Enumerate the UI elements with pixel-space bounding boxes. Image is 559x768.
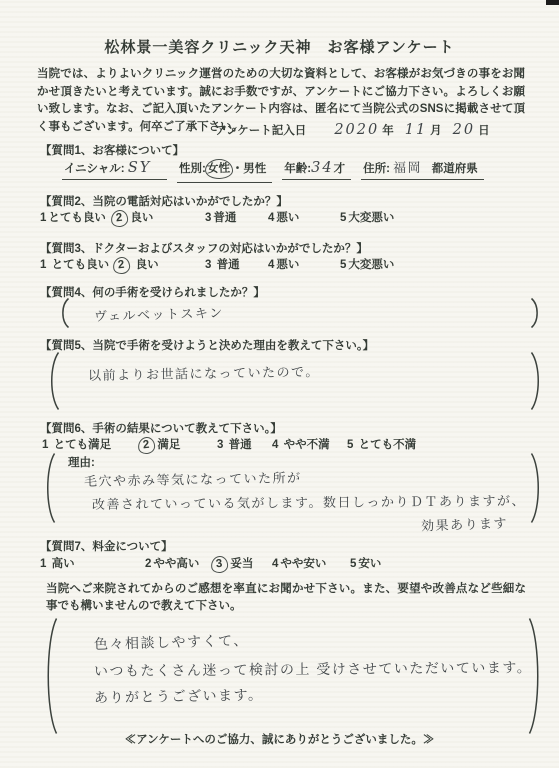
option-number: 3 (217, 439, 223, 451)
bracket-right (530, 351, 544, 411)
option-1: 1 とても良い (40, 256, 109, 272)
option-label: やや高い (153, 558, 199, 570)
gender-field: 性別:女性・男性 (177, 159, 272, 183)
option-2-selected: 2満足 (142, 436, 180, 452)
option-label: 普通 (213, 212, 236, 224)
gender-female-circled: 女性 (204, 159, 233, 180)
option-label: 普通 (217, 259, 240, 271)
option-label: とても不満 (359, 439, 417, 451)
survey-date-row: アンケート記入日2020年11月20日 (215, 122, 499, 138)
option-label: 満足 (157, 439, 180, 451)
option-label: 高い (52, 558, 75, 570)
comment-line2: いつもたくさん迷って検討の上 受けさせていただいています。 (94, 657, 532, 681)
selected-circle: 3 (210, 555, 229, 574)
option-number: 1 (42, 439, 48, 451)
option-number: 4 (272, 439, 278, 451)
age-suffix: 才 (334, 163, 346, 175)
option-number: 5 (350, 558, 356, 570)
option-5: 5大変悪い (340, 256, 394, 272)
question7-heading: 【質問7、料金について】 (40, 538, 173, 554)
option-number: 5 (340, 212, 346, 224)
survey-scan-page: 松林景一美容クリニック天神 お客様アンケート 当院では、よりよいクリニック運営の… (0, 0, 559, 768)
option-number: 5 (340, 259, 346, 271)
gender-separator: ・ (232, 163, 244, 175)
option-number: 1 (40, 558, 46, 570)
result-reason-line3: 効果あります (421, 512, 509, 534)
option-label: 悪い (276, 259, 299, 271)
option-number: 4 (268, 259, 274, 271)
option-4: 4 やや不満 (272, 436, 330, 452)
option-3-selected: 3妥当 (215, 555, 253, 571)
address-value: 福岡 (393, 157, 422, 176)
question6-heading: 【質問6、手術の結果について教えて下さい。】 (40, 420, 282, 436)
comment-line3: ありがとうございます。 (94, 685, 264, 708)
age-field: 年齢:34才 (282, 160, 351, 180)
gender-male: 男性 (243, 163, 266, 175)
address-field: 住所: 福岡 都道府県 (361, 157, 484, 180)
free-comment-prompt: 当院へご来院されてからのご感想を率直にお聞かせ下さい。また、要望や改善点など些細… (46, 581, 526, 615)
option-3: 3普通 (205, 209, 236, 225)
option-number: 1 (40, 212, 46, 224)
initial-value: SY (128, 160, 152, 176)
option-number: 4 (268, 212, 274, 224)
option-label: 安い (358, 558, 381, 570)
selected-circle: 2 (112, 256, 131, 275)
page-title: 松林景一美容クリニック天神 お客様アンケート (0, 36, 559, 57)
option-4: 4悪い (268, 256, 299, 272)
question1-heading: 【質問1、お客様について】 (40, 142, 184, 158)
bracket-right (530, 297, 542, 329)
initial-label: イニシャル: (64, 163, 125, 175)
month-suffix: 月 (430, 125, 442, 137)
address-suffix: 都道府県 (432, 163, 478, 175)
bracket-left (46, 351, 60, 411)
option-number: 5 (347, 439, 353, 451)
question3-heading: 【質問3、ドクターおよびスタッフの対応はいかがでしたか？】 (40, 240, 368, 256)
reason-answer-handwriting: 以前よりお世話になっていたので。 (88, 361, 320, 384)
option-label: 大変悪い (348, 212, 394, 224)
bracket-right (530, 452, 544, 524)
option-label: とても満足 (54, 439, 112, 451)
reason-label: 理由: (68, 454, 95, 470)
question4-answer-box: ヴェルベットスキン (58, 297, 542, 329)
gender-label: 性別: (179, 163, 206, 175)
selected-circle: 2 (110, 209, 129, 228)
option-label: 大変悪い (348, 259, 394, 271)
option-number: 4 (272, 558, 278, 570)
option-number: 1 (40, 259, 46, 271)
option-label: とても良い (52, 259, 110, 271)
option-label: やや不満 (284, 439, 330, 451)
bracket-left (58, 297, 70, 329)
option-label: 良い (136, 259, 159, 271)
option-2-selected: 2良い (115, 209, 153, 225)
question2-heading: 【質問2、当院の電話対応はいかがでしたか？】 (40, 193, 288, 209)
option-label: とても良い (48, 212, 106, 224)
date-day-value: 20 (453, 122, 475, 138)
date-month-value: 11 (405, 122, 427, 138)
question5-answer-box: 以前よりお世話になっていたので。 (46, 351, 544, 411)
comment-line1: 色々相談しやすくて、 (94, 630, 249, 654)
option-4: 4やや安い (272, 555, 326, 571)
option-1: 1とても良い (40, 209, 106, 225)
question1-fields: イニシャル: SY 性別:女性・男性年齢:34才住所: 福岡 都道府県 (62, 157, 494, 183)
address-label: 住所: (363, 163, 390, 175)
age-label: 年齢: (284, 163, 311, 175)
option-label: 悪い (276, 212, 299, 224)
option-label: 普通 (229, 439, 252, 451)
surgery-answer-handwriting: ヴェルベットスキン (94, 302, 224, 324)
option-5: 5大変悪い (340, 209, 394, 225)
free-comment-box: 色々相談しやすくて、 いつもたくさん迷って検討の上 受けさせていただいています。… (42, 617, 544, 735)
scan-corner-artifact (546, 0, 559, 5)
option-number: 3 (205, 212, 211, 224)
option-label: 良い (130, 212, 153, 224)
day-suffix: 日 (478, 125, 490, 137)
option-label: やや安い (280, 558, 326, 570)
option-2: 2やや高い (145, 555, 199, 571)
result-reason-line2: 改善されていっている気がします。数日しっかりＤＴありますが、 (92, 490, 526, 513)
year-suffix: 年 (382, 125, 394, 137)
initial-field: イニシャル: SY (62, 160, 167, 180)
bracket-left (42, 452, 56, 524)
date-label: アンケート記入日 (215, 125, 306, 137)
option-1: 1 高い (40, 555, 75, 571)
option-1: 1 とても満足 (42, 436, 111, 452)
option-5: 5 とても不満 (347, 436, 416, 452)
option-label: 妥当 (230, 558, 253, 570)
question6-reason-box: 理由: 毛穴や赤み等気になっていた所が 改善されていっている気がします。数日しっ… (42, 452, 544, 534)
option-3: 3 普通 (217, 436, 252, 452)
closing-thanks: ≪アンケートへのご協力、誠にありがとうございました。≫ (0, 731, 559, 747)
bracket-left (42, 617, 58, 735)
result-reason-line1: 毛穴や赤み等気になっていた所が (84, 467, 302, 490)
option-number: 2 (145, 558, 151, 570)
date-year-value: 2020 (334, 122, 379, 138)
option-2-selected: 2 良い (117, 256, 159, 272)
option-3: 3 普通 (205, 256, 240, 272)
option-4: 4悪い (268, 209, 299, 225)
option-number: 3 (205, 259, 211, 271)
option-5: 5安い (350, 555, 381, 571)
age-value: 34 (311, 160, 333, 176)
